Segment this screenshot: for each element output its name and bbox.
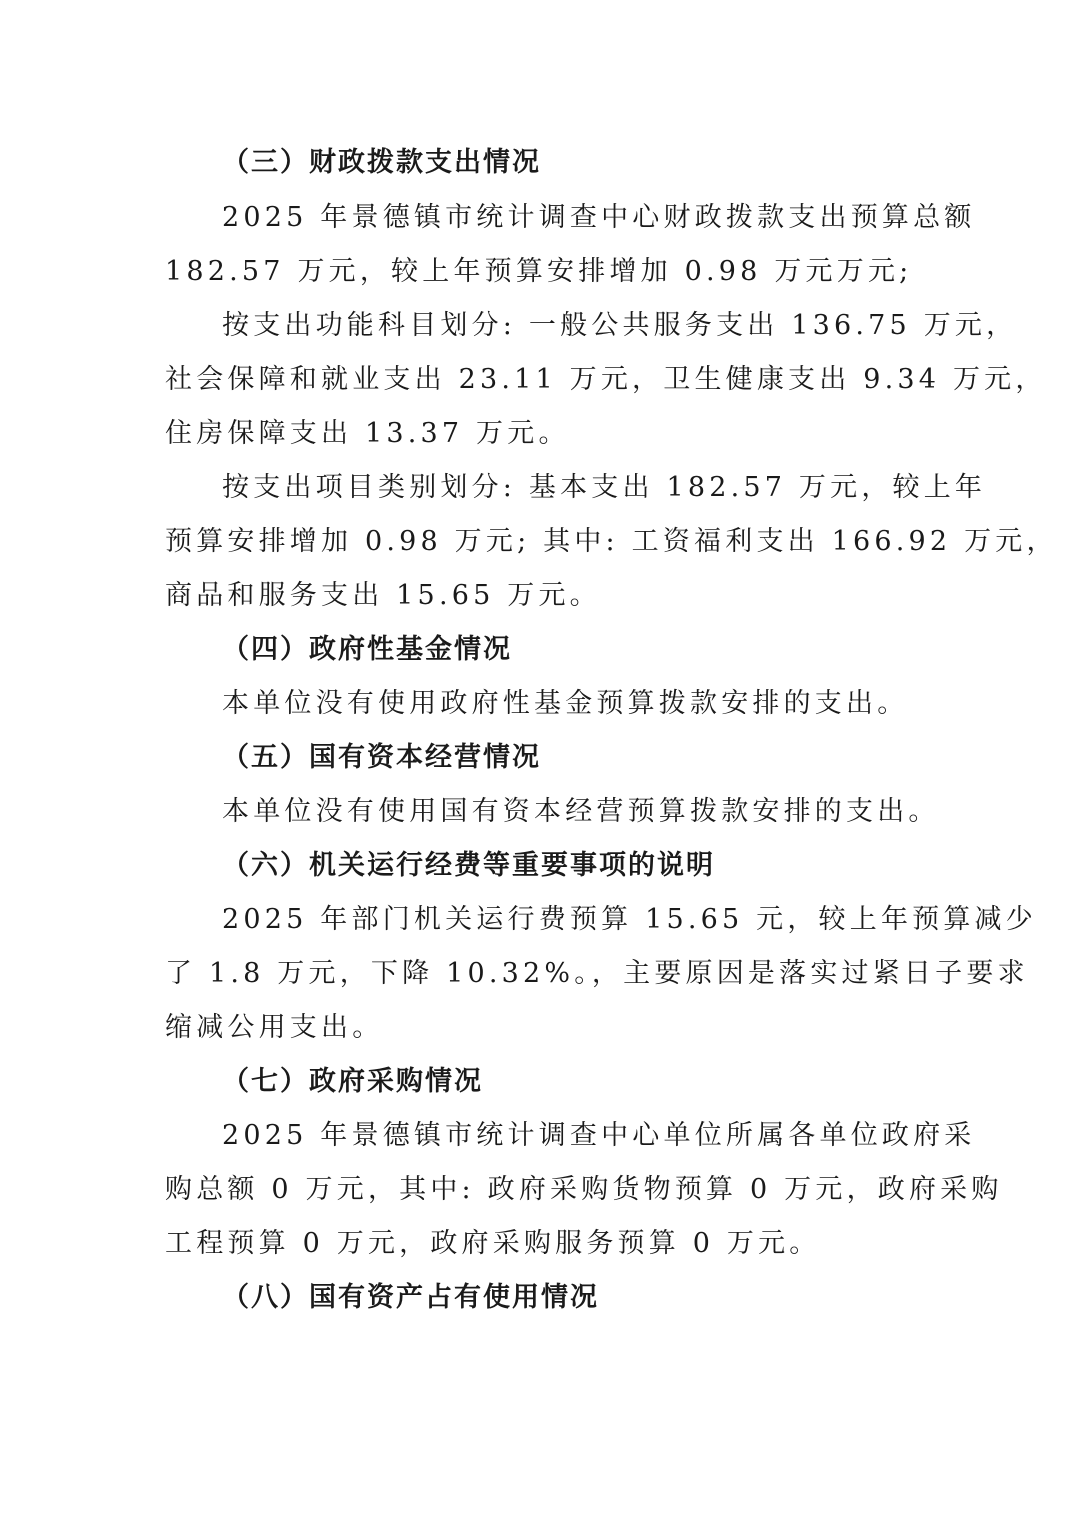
paragraph-line: 缩减公用支出。 (165, 1011, 925, 1045)
paragraph-line: 按支出功能科目划分: 一般公共服务支出 136.75 万元， (222, 309, 982, 343)
paragraph-line: 按支出项目类别划分: 基本支出 182.57 万元，较上年 (222, 471, 982, 505)
paragraph-line: 工程预算 0 万元，政府采购服务预算 0 万元。 (165, 1227, 925, 1261)
section-heading-4: （四）政府性基金情况 (222, 633, 982, 667)
paragraph-line: 商品和服务支出 15.65 万元。 (165, 579, 925, 613)
section-heading-7: （七）政府采购情况 (222, 1065, 982, 1099)
paragraph-line: 购总额 0 万元，其中: 政府采购货物预算 0 万元，政府采购 (165, 1173, 925, 1207)
paragraph-line: 182.57 万元，较上年预算安排增加 0.98 万元万元; (165, 255, 925, 289)
document-page: （三）财政拨款支出情况 2025 年景德镇市统计调查中心财政拨款支出预算总额 1… (0, 0, 1074, 1520)
paragraph-line: 预算安排增加 0.98 万元; 其中: 工资福利支出 166.92 万元， (165, 525, 925, 559)
section-heading-8: （八）国有资产占有使用情况 (222, 1281, 982, 1315)
paragraph-line: 2025 年景德镇市统计调查中心单位所属各单位政府采 (222, 1119, 982, 1153)
section-heading-6: （六）机关运行经费等重要事项的说明 (222, 849, 982, 883)
section-heading-5: （五）国有资本经营情况 (222, 741, 982, 775)
paragraph-line: 了 1.8 万元，下降 10.32%。，主要原因是落实过紧日子要求 (165, 957, 925, 991)
paragraph-line: 2025 年景德镇市统计调查中心财政拨款支出预算总额 (222, 201, 982, 235)
paragraph-line: 本单位没有使用国有资本经营预算拨款安排的支出。 (222, 795, 982, 829)
paragraph-line: 本单位没有使用政府性基金预算拨款安排的支出。 (222, 687, 982, 721)
paragraph-line: 2025 年部门机关运行费预算 15.65 元，较上年预算减少 (222, 903, 982, 937)
paragraph-line: 住房保障支出 13.37 万元。 (165, 417, 925, 451)
section-heading-3: （三）财政拨款支出情况 (222, 146, 982, 180)
paragraph-line: 社会保障和就业支出 23.11 万元，卫生健康支出 9.34 万元， (165, 363, 925, 397)
